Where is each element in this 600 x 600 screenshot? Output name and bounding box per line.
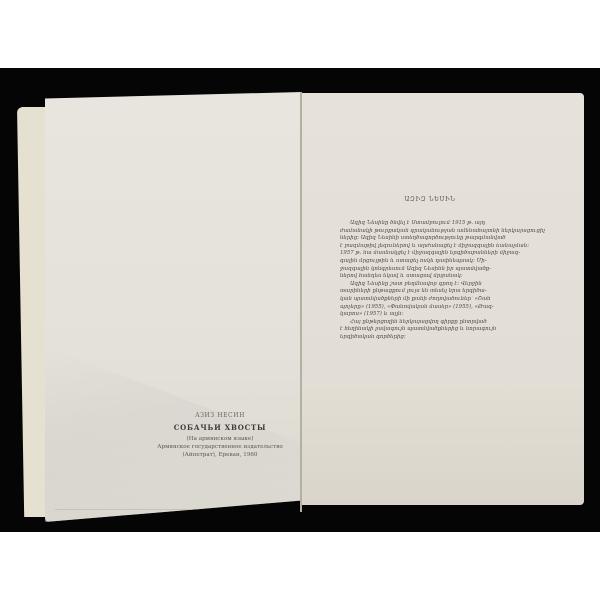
preface-line: երգիծական գործերից: (340, 334, 545, 342)
preface-line: ժամանակի թուրքական գրականության ամենահայ… (340, 228, 545, 236)
preface-line: է բազմաթիվ լեզուներով և արժանացել է միջա… (340, 243, 545, 251)
imprint-title: СОБАЧЬИ ХВОСТЫ (130, 424, 310, 432)
preface-line: է հեղինակի լավագույն պատմվածքներից և նոր… (340, 326, 545, 334)
preface-line: ջազգային կոնգրեսում Ազիզ Նեսինն իր պատմվ… (340, 266, 545, 274)
imprint-language-note: (На армянском языке) (130, 435, 310, 443)
preface-line: 1957 թ. նա մասնակցել է միջազգային երգիծա… (340, 250, 545, 258)
preface-line: կան պատմվածքների մի քանի ժողովածուներ՝ «… (340, 296, 545, 304)
preface-heading: ԱԶԻԶ ՆԵՍԻՆ (380, 196, 480, 203)
preface-line: Ազիզ Նեսինը ծնվել է Ստամբուլում 1915 թ. … (340, 220, 545, 228)
preface-line: Հայ ընթերցողին ներկայացվող գիրքը ընտրված (340, 319, 545, 327)
preface-line: ներից: Ազիզ Նեսինի ստեղծագործությունը թա… (340, 235, 545, 243)
imprint-publisher-city: (Айпетрат), Ереван, 1960 (130, 451, 310, 459)
preface-line: տարիների ընթացքում լույս են տեսել նրա եր… (340, 288, 545, 296)
imprint-author: АЗИЗ НЕСИН (130, 412, 310, 420)
imprint-block: АЗИЗ НЕСИН СОБАЧЬИ ХВОСТЫ (На армянском … (130, 412, 310, 459)
preface-line: կարոս» (1957) և այլն: (340, 311, 545, 319)
preface-text: Ազիզ Նեսինը ծնվել է Ստամբուլում 1915 թ. … (340, 220, 545, 342)
imprint-publisher: Армянское государственное издательство (130, 443, 310, 451)
preface-line: Ազիզ Նեսինը շատ բեղմնավոր գրող է: Վերջին (340, 281, 545, 289)
preface-line: ներով հանդես եկավ և ստացավ մրցանակ: (340, 273, 545, 281)
preface-line: գային մրցույթին և ստացել ոսկե դափնեպսակ:… (340, 258, 545, 266)
preface-line: պոչերը» (1955), «Փանովական մասեր» (1955)… (340, 304, 545, 312)
